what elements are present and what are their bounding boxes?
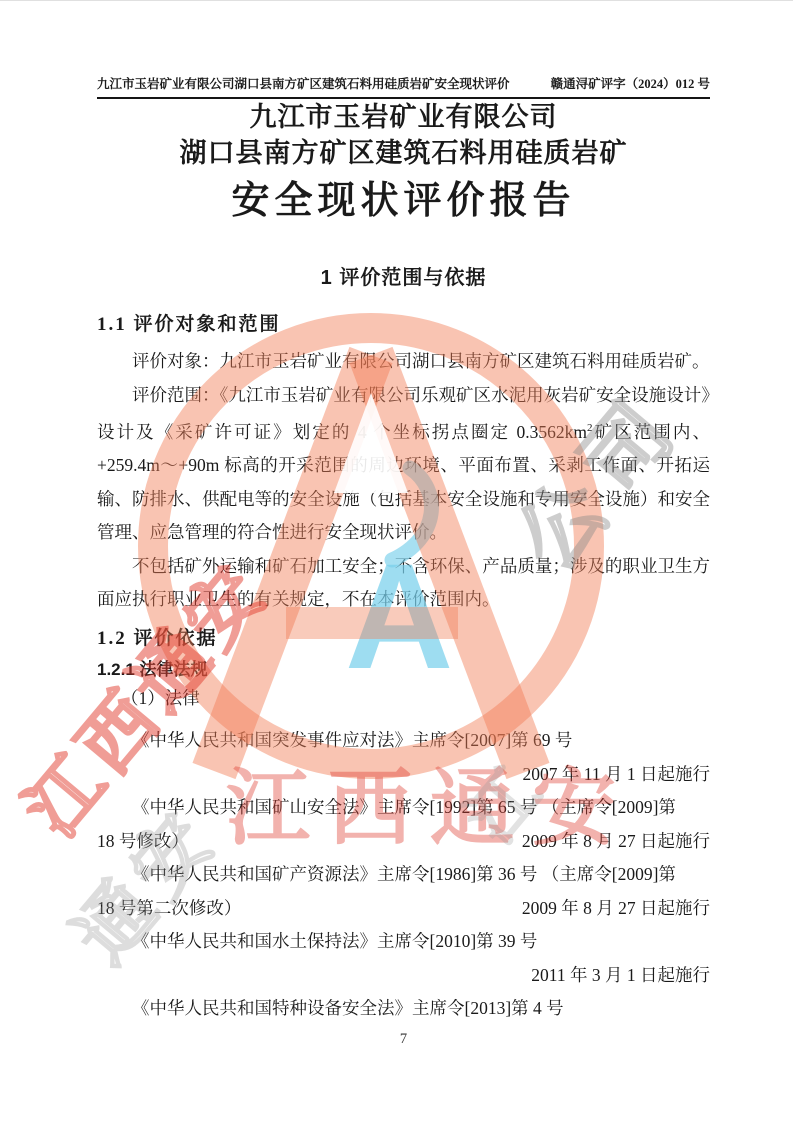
report-title-main: 安全现状评价报告: [97, 178, 710, 224]
paragraph-exclusions: 不包括矿外运输和矿石加工安全；不含环保、产品质量；涉及的职业卫生方面应执行职业卫…: [97, 550, 710, 617]
page-number: 7: [97, 1031, 710, 1048]
law-amendment: 18 号修改）: [97, 825, 189, 859]
page-header: 九江市玉岩矿业有限公司湖口县南方矿区建筑石料用硅质岩矿安全现状评价 赣通浔矿评字…: [97, 74, 710, 99]
law-title: 《中华人民共和国矿产资源法》主席令[1986]第 36 号 （主席令[2009]…: [97, 858, 710, 892]
law-effective-date: 2007 年 11 月 1 日起施行: [97, 758, 710, 792]
law-item: 《中华人民共和国水土保持法》主席令[2010]第 39 号 2011 年 3 月…: [97, 925, 710, 992]
law-continuation-row: 18 号第二次修改） 2009 年 8 月 27 日起施行: [97, 892, 710, 926]
subsection-1-2-1-heading: 1.2.1 法律法规: [97, 658, 710, 682]
law-continuation-row: 18 号修改） 2009 年 8 月 27 日起施行: [97, 825, 710, 859]
law-title: 《中华人民共和国矿山安全法》主席令[1992]第 65 号 （主席令[2009]…: [97, 791, 710, 825]
law-effective-date: 2009 年 8 月 27 日起施行: [522, 825, 710, 859]
law-effective-date: 2009 年 8 月 27 日起施行: [522, 892, 710, 926]
law-title: 《中华人民共和国特种设备安全法》主席令[2013]第 4 号: [97, 992, 710, 1026]
running-title: 九江市玉岩矿业有限公司湖口县南方矿区建筑石料用硅质岩矿安全现状评价: [97, 74, 510, 92]
law-effective-date: 2011 年 3 月 1 日起施行: [97, 959, 710, 993]
subsection-1-2-heading: 1.2 评价依据: [97, 626, 710, 652]
law-list: 《中华人民共和国突发事件应对法》主席令[2007]第 69 号 2007 年 1…: [97, 724, 710, 1026]
law-item: 《中华人民共和国突发事件应对法》主席令[2007]第 69 号 2007 年 1…: [97, 724, 710, 791]
subsection-1-1-heading: 1.1 评价对象和范围: [97, 312, 710, 338]
report-title-mine: 湖口县南方矿区建筑石料用硅质岩矿: [97, 135, 710, 171]
list-label-laws: （1）法律: [97, 682, 710, 716]
law-item: 《中华人民共和国矿产资源法》主席令[1986]第 36 号 （主席令[2009]…: [97, 858, 710, 925]
doc-number: 赣通浔矿评字（2024）012 号: [551, 74, 710, 92]
paragraph-evaluation-scope: 评价范围：《九江市玉岩矿业有限公司乐观矿区水泥用灰岩矿安全设施设计》设计及《采矿…: [97, 379, 710, 550]
law-title: 《中华人民共和国水土保持法》主席令[2010]第 39 号: [97, 925, 710, 959]
document-page: 九江市玉岩矿业有限公司湖口县南方矿区建筑石料用硅质岩矿安全现状评价 赣通浔矿评字…: [0, 0, 793, 1122]
report-title-company: 九江市玉岩矿业有限公司: [97, 99, 710, 135]
chapter-heading: 1 评价范围与依据: [97, 264, 710, 292]
law-item: 《中华人民共和国矿山安全法》主席令[1992]第 65 号 （主席令[2009]…: [97, 791, 710, 858]
paragraph-evaluation-object: 评价对象：九江市玉岩矿业有限公司湖口县南方矿区建筑石料用硅质岩矿。: [97, 345, 710, 379]
law-title: 《中华人民共和国突发事件应对法》主席令[2007]第 69 号: [97, 724, 710, 758]
law-amendment: 18 号第二次修改）: [97, 892, 241, 926]
law-item: 《中华人民共和国特种设备安全法》主席令[2013]第 4 号: [97, 992, 710, 1026]
